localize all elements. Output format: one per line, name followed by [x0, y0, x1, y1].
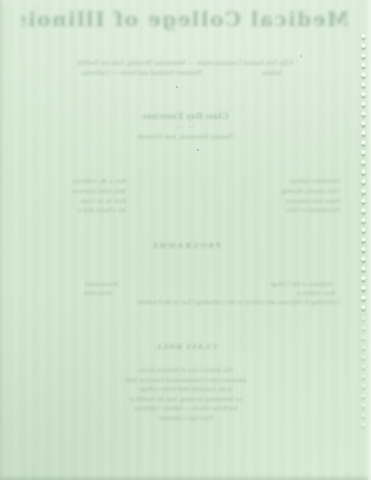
- ghost-left-column-line: Prof. W. H. Clark: [44, 197, 126, 207]
- ghost-bottom-line: in the Assembly Hall of the College: [93, 385, 279, 395]
- ghost-section-3-heading: CLASS ROLL: [0, 342, 371, 351]
- ghost-subtitle-line-1: Fifty-first Annual Commencement — Wednes…: [63, 59, 308, 69]
- perforation-holes: [360, 33, 367, 315]
- ghost-right-column: President's Address Class History Readin…: [247, 177, 340, 216]
- ghost-section-1-heading: Class Day Exercises: [0, 110, 371, 122]
- ghost-section-1: Class Day Exercises — · — Tuesday Aftern…: [0, 110, 371, 143]
- ghost-subtitle-line-2-left: Salinas: [262, 69, 282, 79]
- ghost-right-column-line: Presentation of Gifts: [247, 206, 340, 216]
- perforation-holes-faint: [360, 315, 367, 433]
- paper-speck: [300, 55, 302, 57]
- ghost-left-column-line: Mr. Charles Royce: [44, 206, 126, 216]
- ghost-section-2-heading: PROGRAMME: [0, 241, 371, 250]
- ghost-masthead: Medical College of Illinois: [22, 7, 349, 31]
- ghost-bottom-line: The Senior Class of Nineteen Seven: [93, 366, 279, 376]
- paper-speck: [176, 86, 178, 88]
- ghost-bottom-block: The Senior Class of Nineteen Seven annou…: [93, 366, 279, 424]
- ghost-left-column: Rev. J. M. Anderson Miss Ethel Morrison …: [44, 177, 126, 216]
- ghost-wide-line-1-right: Orchestra of the College: [222, 281, 334, 289]
- ghost-subtitle: Fifty-first Annual Commencement — Wednes…: [63, 59, 308, 78]
- ghost-section-1-line: Tuesday Afternoon, June Eleventh: [0, 132, 371, 143]
- ghost-bottom-line: announces the Commencement Exercises hel…: [93, 376, 279, 386]
- ghost-bottom-line: The Class Committee: [93, 414, 279, 424]
- ghost-wide-line-3: Conferring of Diplomas and Address to th…: [52, 299, 340, 307]
- paper-speck: [197, 149, 199, 151]
- ghost-right-column-line: President's Address: [247, 177, 340, 187]
- scanned-page: Medical College of Illinois Fifty-first …: [0, 0, 371, 480]
- ghost-bottom-line: ten-thirty o'clock — Salinas, California: [93, 404, 279, 414]
- ghost-subtitle-line-2-right: Nineteen Hundred and Seven — California: [81, 69, 202, 79]
- ghost-wide-line-1-left: Processional: [52, 281, 118, 289]
- ghost-bottom-line: on Wednesday morning, June the twelfth a…: [93, 395, 279, 405]
- ghost-left-column-line: Rev. J. M. Anderson: [44, 177, 126, 187]
- ghost-section-1-rule: — · —: [0, 122, 371, 132]
- ghost-subtitle-line-2: Salinas Nineteen Hundred and Seven — Cal…: [63, 69, 308, 79]
- ghost-right-column-line: Piano Solo Selection: [247, 197, 340, 207]
- ghost-left-column-line: Miss Ethel Morrison: [44, 187, 126, 197]
- ghost-right-column-line: Class History Reading: [247, 187, 340, 197]
- ghost-wide-line-2-left: Invocation: [52, 290, 112, 298]
- ghost-wide-line-2-right: Rev. Anderson: [263, 290, 335, 298]
